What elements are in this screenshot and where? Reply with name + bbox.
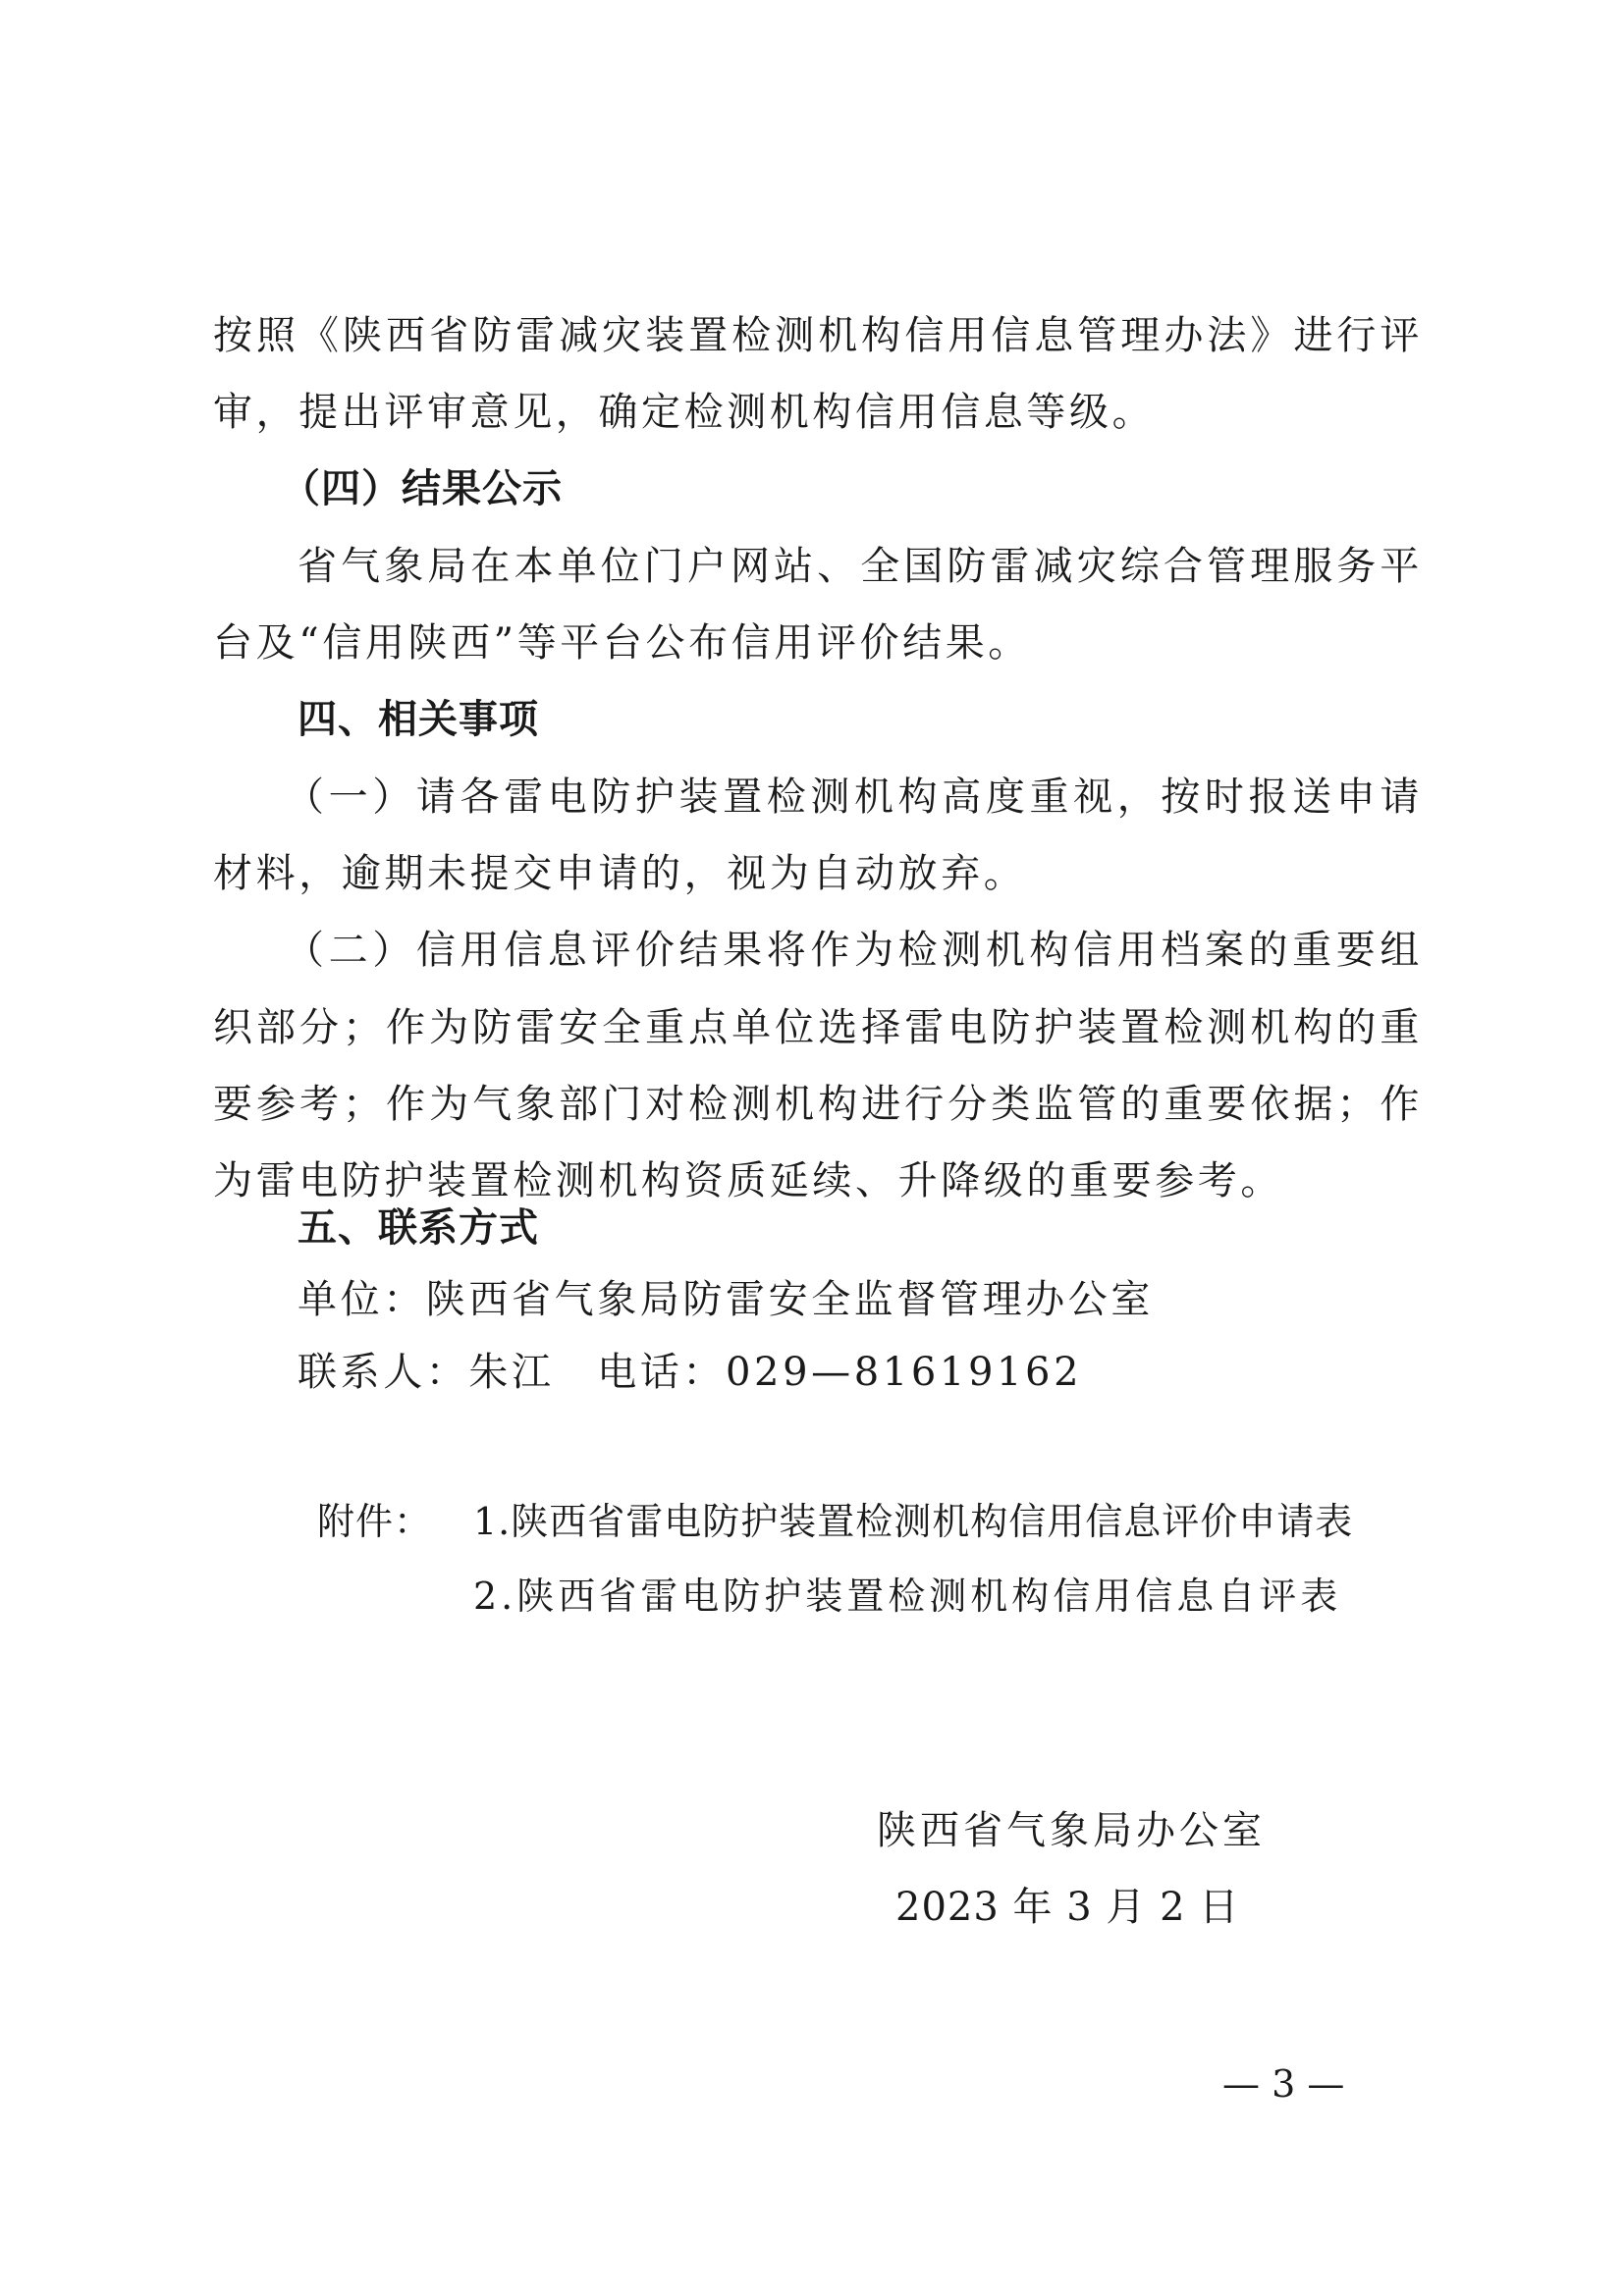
signature-date: 2023 年 3 月 2 日 <box>895 1880 1239 1935</box>
body-text-line: （一）请各雷电防护装置检测机构高度重视，按时报送申请 <box>285 770 1423 825</box>
body-text-line: （二）信用信息评价结果将作为检测机构信用档案的重要组 <box>285 923 1423 978</box>
signature-organization: 陕西省气象局办公室 <box>877 1803 1266 1858</box>
document-page: 按照《陕西省防雷减灾装置检测机构信用信息管理办法》进行评 审，提出评审意见，确定… <box>0 0 1624 2296</box>
subsection-heading-result-publication: （四）结果公示 <box>281 461 1406 516</box>
body-text-line: 织部分；作为防雷安全重点单位选择雷电防护装置检测机构的重 <box>213 1000 1423 1055</box>
attachments-label: 附件： <box>317 1494 432 1549</box>
page-number: — 3 — <box>1222 2059 1344 2109</box>
body-text-line: 要参考；作为气象部门对检测机构进行分类监管的重要依据；作 <box>213 1077 1423 1132</box>
body-text-line: 台及“信用陕西”等平台公布信用评价结果。 <box>213 615 1423 670</box>
contact-unit: 单位：陕西省气象局防雷安全监督管理办公室 <box>298 1272 1423 1327</box>
body-text-line: 材料，逾期未提交申请的，视为自动放弃。 <box>213 846 1423 901</box>
section-heading-contact: 五、联系方式 <box>298 1201 1423 1255</box>
section-heading-related-matters: 四、相关事项 <box>298 692 1423 747</box>
body-text-line: 省气象局在本单位门户网站、全国防雷减灾综合管理服务平 <box>298 539 1423 594</box>
body-text-line: 审，提出评审意见，确定检测机构信用信息等级。 <box>213 385 1423 440</box>
attachment-item-2: 2.陕西省雷电防护装置检测机构信用信息自评表 <box>473 1569 1341 1624</box>
attachment-item-1: 1.陕西省雷电防护装置检测机构信用信息评价申请表 <box>473 1494 1353 1549</box>
body-text-line: 按照《陕西省防雷减灾装置检测机构信用信息管理办法》进行评 <box>213 308 1423 363</box>
contact-person-phone: 联系人：朱江 电话：029—81619162 <box>298 1345 1423 1400</box>
